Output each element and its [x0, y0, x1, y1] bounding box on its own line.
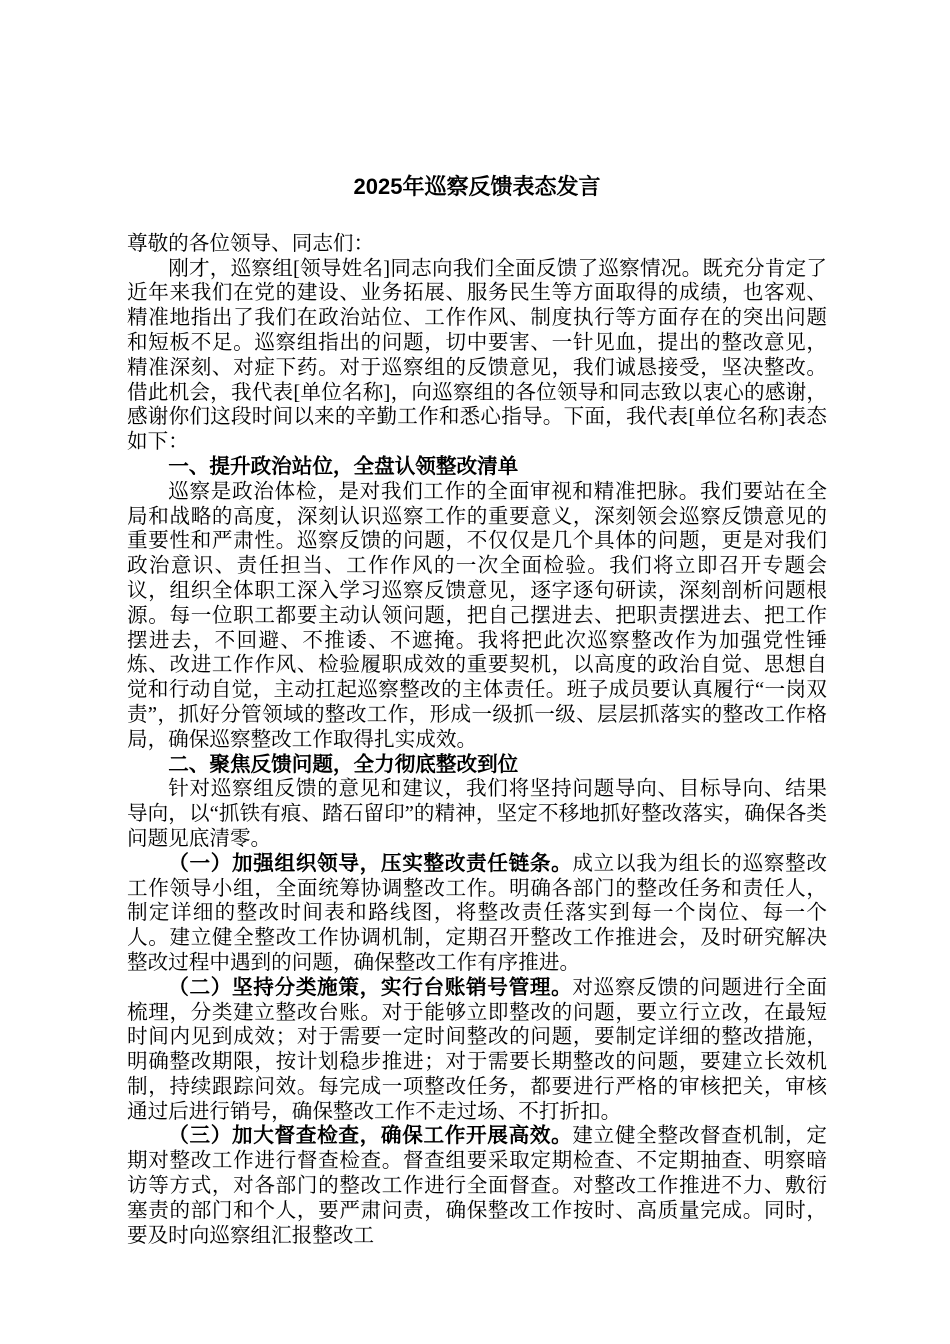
document-title: 2025年巡察反馈表态发言: [127, 175, 827, 200]
subsection-1-paragraph: （一）加强组织领导，压实整改责任链条。成立以我为组长的巡察整改工作领导小组，全面…: [127, 852, 827, 976]
subsection-2-lead: （二）坚持分类施策，实行台账销号管理。: [168, 976, 572, 999]
document-page: 2025年巡察反馈表态发言 尊敬的各位领导、同志们： 刚才，巡察组[领导姓名]同…: [0, 0, 950, 1344]
section-2-heading: 二、聚焦反馈问题，全力彻底整改到位: [127, 753, 827, 778]
document-body: 2025年巡察反馈表态发言 尊敬的各位领导、同志们： 刚才，巡察组[领导姓名]同…: [127, 175, 827, 1248]
section-1-paragraph: 巡察是政治体检，是对我们工作的全面审视和精准把脉。我们要站在全局和战略的高度，深…: [127, 480, 827, 753]
subsection-1-lead: （一）加强组织领导，压实整改责任链条。: [168, 852, 572, 875]
subsection-3-paragraph: （三）加大督查检查，确保工作开展高效。建立健全整改督查机制，定期对整改工作进行督…: [127, 1124, 827, 1248]
subsection-3-lead: （三）加大督查检查，确保工作开展高效。: [168, 1124, 572, 1147]
paragraph-intro: 刚才，巡察组[领导姓名]同志向我们全面反馈了巡察情况。既充分肯定了近年来我们在党…: [127, 257, 827, 455]
subsection-2-paragraph: （二）坚持分类施策，实行台账销号管理。对巡察反馈的问题进行全面梳理，分类建立整改…: [127, 976, 827, 1125]
salutation: 尊敬的各位领导、同志们：: [127, 232, 827, 257]
section-1-heading: 一、提升政治站位，全盘认领整改清单: [127, 455, 827, 480]
section-2-paragraph: 针对巡察组反馈的意见和建议，我们将坚持问题导向、目标导向、结果导向，以“抓铁有痕…: [127, 777, 827, 851]
